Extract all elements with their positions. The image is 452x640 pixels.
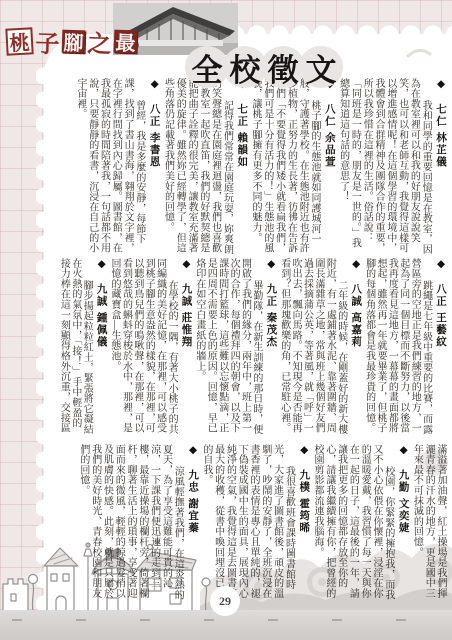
- essay-section: ◆ 九誠 鍾佩儀腳步揚起粒粒紅土，緊張將它凝結在火熱的氣氛中，「接！」手中輕盈的…: [58, 258, 107, 438]
- essay-author: ◆ 八仁 余品萱: [323, 78, 335, 256]
- essay-band-bottom: 滿溢著加油聲，紅土操場是我們揮灑青春的汗水的地方，更是國中三年來最不可抹滅的回憶…: [54, 444, 446, 604]
- essay-text: 記得我們常常在園庭玩耍，妳爽朗的笑聲總是在園庭裡迴盪，我們也喜歡在教室一起吹直笛…: [162, 78, 233, 256]
- essay-text: 在學校的一隅，有著大小桃子的共同編織的美好記憶，在那裡，可以感受到桃子腳生意盎然…: [109, 258, 177, 438]
- essay-text: 二年級的時候，在剛蓋好的新大樓附近，有一處鋪著水泥、靠著圍牆、周圍長滿雜草之地，…: [278, 258, 346, 438]
- essay-section: ◆ 九樸 霍筠晞我很喜歡班會課時圖書館時光，大家進了圖書館後，頑皮的溫馴了，吵鬧…: [200, 444, 309, 604]
- essay-band-middle: ◆ 八正 王藝紋跳繩是七年級中重要的比賽，而露營區旁的空地正是我們練習的地方，一…: [54, 258, 446, 438]
- essay-text: 涼風輕撫著我們，在這炎熱的夏天，為了享受這難能可貴的沁涼，一下課我們便迅速的走到…: [77, 444, 183, 604]
- essay-section: ◆ 九誠 莊惟翔在學校的一隅，有著大小桃子的共同編織的美好記憶，在那裡，可以感受…: [109, 258, 192, 438]
- essay-section: ◆ 九勤 文奕婕校園，你緊緊的擁抱我，而我又不小心依偎在你懷裡，浸淫在你的溫暖愛…: [311, 444, 408, 604]
- masthead-banner: 桃子腳之最: [6, 28, 137, 55]
- essay-author: ◆ 八誠 高嘉莉: [350, 258, 361, 438]
- banner-char: 子: [36, 30, 60, 54]
- page-title: 全校徵文: [191, 46, 343, 88]
- essay-text: 我和同學的重要回憶是在教室，因為在教室裡可以和我的好朋友說說笑笑，也可以和老師互…: [337, 78, 431, 256]
- essay-text: 滿溢著加油聲，紅土操場是我們揮灑青春的汗水的地方，更是國中三年來最不可抹滅的回憶…: [411, 444, 446, 604]
- essay-text: 校園，你緊緊的擁抱我，而我又不小心依偎在你懷裡，浸淫在你的溫暖愛戴，我習慣了每一…: [311, 444, 394, 604]
- essay-section: ◆ 八正 王藝紋跳繩是七年級中重要的比賽，而露營區旁的空地正是我們練習的地方，一…: [363, 258, 446, 438]
- essay-author: ◆ 九勤 文奕婕: [397, 444, 409, 604]
- essay-section: ◆ 八正 李書恩曾經，我是多麼的安靜，每節下課，找到了書山書海，翱翔於文字裡，在…: [74, 78, 160, 256]
- essay-text: 曾經，我是多麼的安靜，每節下課，找到了書山書海，翱翔於文字裡，在字裡行間找到內心…: [74, 78, 145, 256]
- banner-char: 最: [114, 30, 138, 54]
- swirl-icon: [406, 44, 432, 60]
- essay-text: 腳步揚起粒粒紅土，緊張將它凝結在火熱的氣氛中，「接！」手中輕盈的接力棒在這一刻顯…: [58, 258, 92, 438]
- essay-author: ◆ 七仁 林芷儀: [434, 78, 446, 256]
- banner-char: 之: [88, 30, 112, 54]
- essay-section: ◆ 八仁 余品萱桃子腳的生態池就如同護城河一般，守護著學校。在生態池附近也有許多…: [249, 78, 335, 256]
- banner-char: 腳: [62, 30, 86, 54]
- title-char: 文: [299, 46, 343, 88]
- essay-section: ◆ 八誠 高嘉莉二年級的時候，在剛蓋好的新大樓附近，有一處鋪著水泥、靠著圍牆、周…: [278, 258, 361, 438]
- essay-section: 滿溢著加油聲，紅土操場是我們揮灑青春的汗水的地方，更是國中三年來最不可抹滅的回憶…: [411, 444, 446, 604]
- essay-section: ◆ 七正 賴韻如記得我們常常在園庭玩耍，妳爽朗的笑聲總是在園庭裡迴盪，我們也喜歡…: [162, 78, 248, 256]
- page-number-badge: 29: [210, 586, 240, 616]
- essay-author: ◆ 八正 李書恩: [148, 78, 160, 256]
- essay-author: ◆ 七正 賴韻如: [235, 78, 247, 256]
- essay-section: ◆ 七仁 林芷儀我和同學的重要回憶是在教室，因為在教室裡可以和我的好朋友說說笑笑…: [337, 78, 446, 256]
- essay-text: 跳繩是七年級中重要的比賽，而露營區旁的空地正是我們練習的地方，一起為了同一個目標…: [363, 258, 431, 438]
- magazine-page: { "banner": { "chars": [ {"ch":"桃","styl…: [0, 0, 452, 640]
- essay-section: ◆ 九忠 謝宜蓁涼風輕撫著我們，在這炎熱的夏天，為了享受這難能可貴的沁涼，一下課…: [77, 444, 198, 604]
- essay-author: ◆ 九誠 莊惟翔: [180, 258, 191, 438]
- essay-author: ◆ 九忠 謝宜蓁: [186, 444, 198, 604]
- essay-author: ◆ 九正 秦茂杰: [265, 258, 276, 438]
- essay-text: 桃子腳的生態池就如同護城河一般，守護著學校。在生態池附近也有許多植物，正努力的生…: [249, 78, 320, 256]
- essay-text: 畢勤隊，在新生訓練的那日時，便開啟了我們的緣分，兩年中，班上第一次的合作，每個禮…: [193, 258, 261, 438]
- banner-char: 桃: [5, 27, 33, 55]
- essay-band-top: ◆ 七仁 林芷儀我和同學的重要回憶是在教室，因為在教室裡可以和我的好朋友說說笑笑…: [54, 78, 446, 256]
- essay-author: ◆ 八正 王藝紋: [435, 258, 446, 438]
- essay-text: 我很喜歡班會課時圖書館時光，大家進了圖書館後，頑皮的溫馴了，吵鬧的安靜了，全班沉…: [200, 444, 294, 604]
- essay-author: ◆ 九誠 鍾佩儀: [95, 258, 106, 438]
- page-number: 29: [219, 594, 231, 609]
- essay-author: ◆ 九樸 霍筠晞: [297, 444, 309, 604]
- essay-section: ◆ 九正 秦茂杰畢勤隊，在新生訓練的那日時，便開啟了我們的緣分，兩年中，班上第一…: [193, 258, 276, 438]
